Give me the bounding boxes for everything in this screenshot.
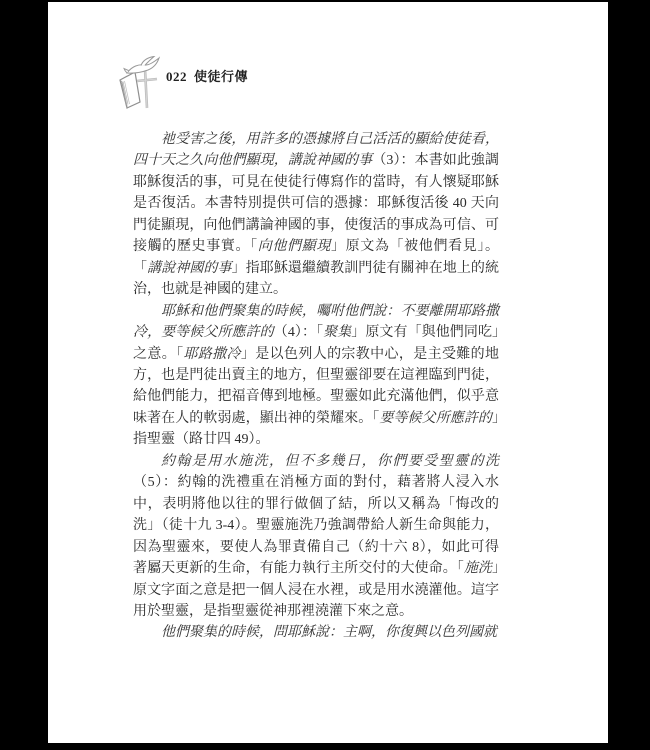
paragraph: 耶穌和他們聚集的時候，囑咐他們說：不要離開耶路撒冷，要等候父所應許的（4）：「聚… [133,301,499,451]
page-number: 022 [166,69,187,84]
commentary-body-text: （4）：「 [274,325,323,340]
commentary-body-text: （5）：約翰的洗禮重在消極方面的對付，藉著將人浸入水中，表明將他以往的罪行做個了… [133,475,499,576]
scripture-quote-text: 他們聚集的時候，問耶穌說：主啊，你復興以色列國就 [161,625,497,640]
scripture-quote-text: 向他們顯現 [258,239,331,254]
page-header: 022使徒行傳 [114,56,248,110]
book-title: 使徒行傳 [194,69,248,84]
running-head: 022使徒行傳 [166,66,248,85]
paragraph: 約翰是用水施洗，但不多幾日，你們要受聖靈的洗（5）：約翰的洗禮重在消極方面的對付… [133,451,499,623]
scripture-quote-text: 講說神國的事 [147,261,231,276]
dove-cross-book-icon [114,56,164,110]
scripture-quote-text: 聚集 [323,325,351,340]
commentary-text-block: 祂受害之後，用許多的憑據將自己活活的顯給使徒看，四十天之久向他們顯現，講說神國的… [133,129,499,644]
scripture-quote-text: 約翰是用水施洗，但不多幾日，你們要受聖靈的洗 [161,454,499,469]
book-page: 022使徒行傳 祂受害之後，用許多的憑據將自己活活的顯給使徒看，四十天之久向他們… [48,2,608,743]
scripture-quote-text: 耶路撒冷 [183,347,240,362]
scan-background: 022使徒行傳 祂受害之後，用許多的憑據將自己活活的顯給使徒看，四十天之久向他們… [0,0,650,750]
scripture-quote-text: 施洗 [464,561,492,576]
paragraph: 祂受害之後，用許多的憑據將自己活活的顯給使徒看，四十天之久向他們顯現，講說神國的… [133,129,499,301]
scripture-quote-text: 要等候父所應許的 [379,411,492,426]
paragraph: 他們聚集的時候，問耶穌說：主啊，你復興以色列國就 [133,622,499,643]
